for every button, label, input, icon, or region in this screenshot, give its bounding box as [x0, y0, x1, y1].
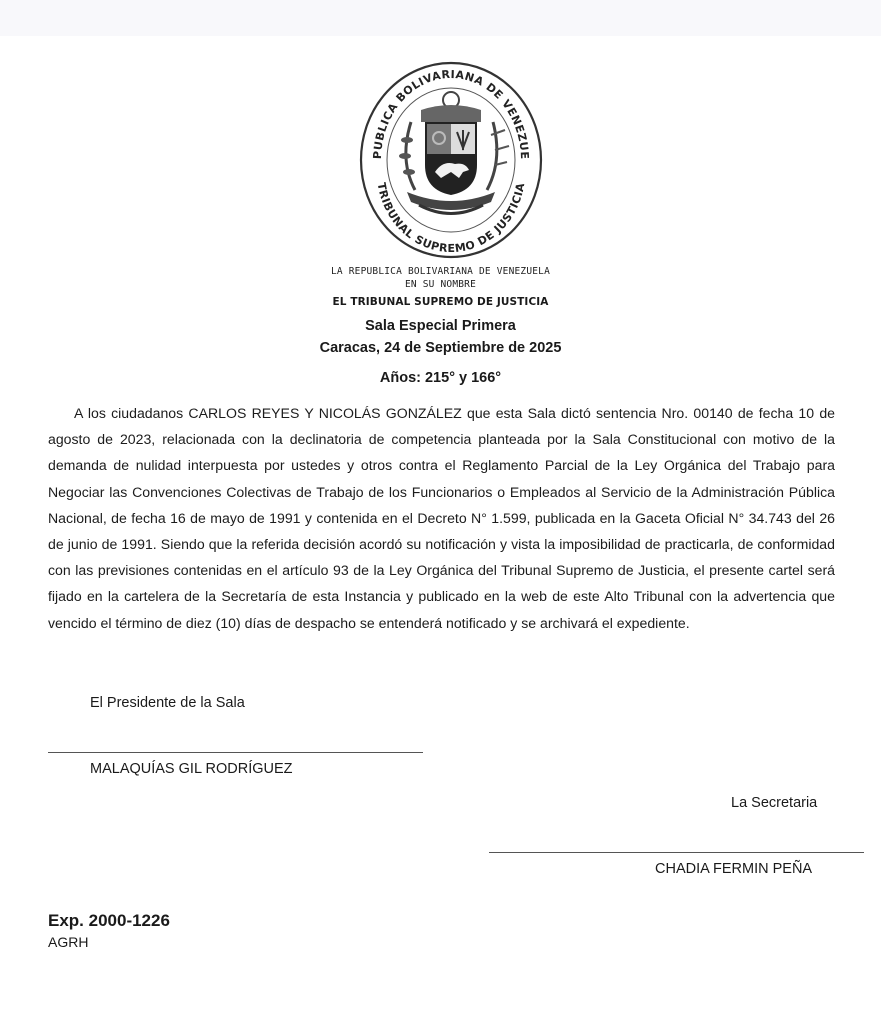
president-role: El Presidente de la Sala: [90, 695, 245, 711]
president-signature-line: [48, 752, 423, 753]
years-line: Años: 215° y 166°: [0, 370, 881, 386]
header-in-its-name: EN SU NOMBRE: [0, 279, 881, 290]
header-republic: LA REPUBLICA BOLIVARIANA DE VENEZUELA: [0, 266, 881, 277]
tsj-seal-icon: REPUBLICA BOLIVARIANA DE VENEZUELA TRIBU…: [359, 60, 543, 260]
notice-paragraph: A los ciudadanos CARLOS REYES Y NICOLÁS …: [48, 400, 835, 636]
file-number: Exp. 2000-1226: [48, 911, 170, 931]
secretary-name: CHADIA FERMIN PEÑA: [655, 861, 812, 877]
initials: AGRH: [48, 934, 88, 950]
chamber-title: Sala Especial Primera: [0, 318, 881, 334]
secretary-signature-line: [489, 852, 864, 853]
header-tribunal: EL TRIBUNAL SUPREMO DE JUSTICIA: [0, 296, 881, 308]
president-name: MALAQUÍAS GIL RODRÍGUEZ: [90, 761, 293, 777]
top-band: [0, 0, 881, 36]
secretary-role: La Secretaria: [731, 795, 817, 811]
place-date: Caracas, 24 de Septiembre de 2025: [0, 340, 881, 356]
